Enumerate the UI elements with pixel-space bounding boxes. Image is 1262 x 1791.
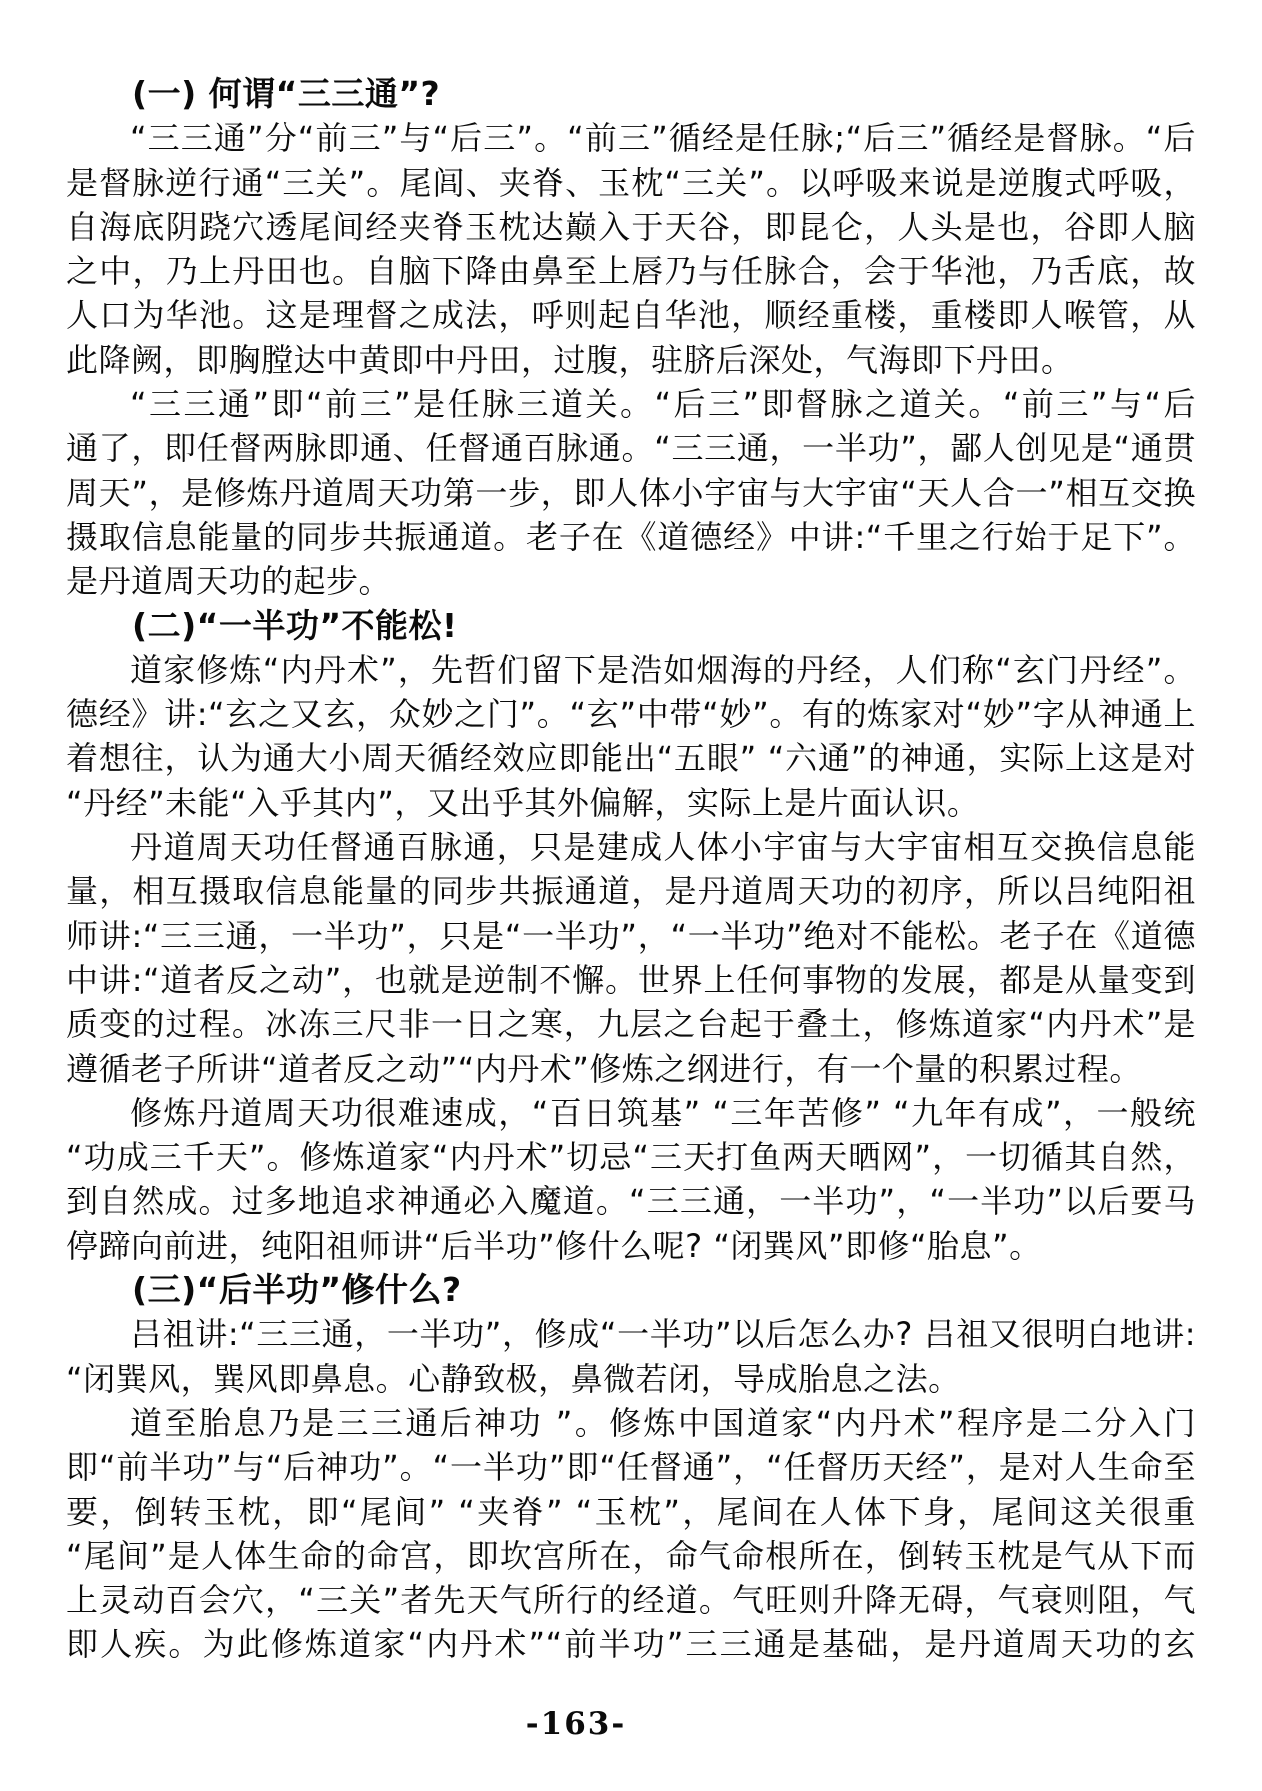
text-line: 吕祖讲:“三三通，一半功”，修成“一半功”以后怎么办? 吕祖又很明白地讲: [66, 1312, 1196, 1356]
section-heading: (一) 何谓“三三通”? [66, 72, 1196, 116]
text-line: 中讲:“道者反之动”，也就是逆制不懈。世界上任何事物的发展，都是从量变到 [66, 958, 1196, 1002]
text-line: 人口为华池。这是理督之成法，呼则起自华池，顺经重楼，重楼即人喉管，从 [66, 293, 1196, 337]
page-number: -163- [0, 1706, 1152, 1742]
text-line: 通了，即任督两脉即通、任督通百脉通。“三三通，一半功”，鄙人创见是“通贯 [66, 426, 1196, 470]
text-line: 师讲:“三三通，一半功”，只是“一半功”，“一半功”绝对不能松。老子在《道德经》 [66, 914, 1196, 958]
text-line: 道家修炼“内丹术”，先哲们留下是浩如烟海的丹经，人们称“玄门丹经”。《道 [66, 648, 1196, 692]
text-line: 是丹道周天功的起步。 [66, 559, 1196, 603]
section-heading: (二)“一半功”不能松! [66, 604, 1196, 648]
page-content: (一) 何谓“三三通”?“三三通”分“前三”与“后三”。“前三”循经是任脉;“后… [66, 72, 1196, 1667]
text-line: 自海底阴跷穴透尾间经夹脊玉枕达巅入于天谷，即昆仑，人头是也，谷即人脑 [66, 205, 1196, 249]
text-line: 质变的过程。冰冻三尺非一日之寒，九层之台起于叠土，修炼道家“内丹术”是 [66, 1002, 1196, 1046]
text-line: “功成三千天”。修炼道家“内丹术”切忌“三天打鱼两天晒网”，一切循其自然，功 [66, 1135, 1196, 1179]
text-line: 上灵动百会穴，“三关”者先天气所行的经道。气旺则升降无碍，气衰则阻，气阻 [66, 1578, 1196, 1622]
text-line: 着想往，认为通大小周天循经效应即能出“五眼” “六通”的神通，实际上这是对 [66, 736, 1196, 780]
text-line: “三三通”即“前三”是任脉三道关。“后三”即督脉之道关。“前三”与“后三”都 [66, 382, 1196, 426]
text-line: 周天”，是修炼丹道周天功第一步，即人体小宇宙与大宇宙“天人合一”相互交换 [66, 471, 1196, 515]
text-line: “丹经”未能“入乎其内”，又出乎其外偏解，实际上是片面认识。 [66, 781, 1196, 825]
text-line: 之中，乃上丹田也。自脑下降由鼻至上唇乃与任脉合，会于华池，乃舌底，故 [66, 249, 1196, 293]
text-line: 停蹄向前进，纯阳祖师讲“后半功”修什么呢? “闭巽风”即修“胎息”。 [66, 1224, 1196, 1268]
text-line: 修炼丹道周天功很难速成，“百日筑基” “三年苦修” “九年有成”，一般统称 [66, 1091, 1196, 1135]
text-line: “闭巽风，巽风即鼻息。心静致极，鼻微若闭，导成胎息之法。 [66, 1357, 1196, 1401]
text-line: “尾间”是人体生命的命宫，即坎宫所在，命气命根所在，倒转玉枕是气从下而 [66, 1534, 1196, 1578]
text-line: 要，倒转玉枕，即“尾间” “夹脊” “玉枕”，尾间在人体下身，尾间这关很重要， [66, 1490, 1196, 1534]
text-line: 此降阙，即胸膛达中黄即中丹田，过腹，驻脐后深处，气海即下丹田。 [66, 338, 1196, 382]
text-line: 道至胎息乃是三三通后神功 ”。修炼中国道家“内丹术”程序是二分入门法， [66, 1401, 1196, 1445]
text-line: 遵循老子所讲“道者反之动”“内丹术”修炼之纲进行，有一个量的积累过程。 [66, 1047, 1196, 1091]
text-line: 德经》讲:“玄之又玄，众妙之门”。“玄”中带“妙”。有的炼家对“妙”字从神通上执 [66, 692, 1196, 736]
text-line: 到自然成。过多地追求神通必入魔道。“三三通，一半功”，“一半功”以后要马不 [66, 1179, 1196, 1223]
text-line: “三三通”分“前三”与“后三”。“前三”循经是任脉;“后三”循经是督脉。“后三” [66, 116, 1196, 160]
scanned-book-page: { "page": { "background": "#ffffff", "te… [0, 0, 1262, 1791]
text-line: 是督脉逆行通“三关”。尾闾、夹脊、玉枕“三关”。以呼吸来说是逆腹式呼吸，吸 [66, 161, 1196, 205]
section-heading: (三)“后半功”修什么? [66, 1268, 1196, 1312]
text-line: 摄取信息能量的同步共振通道。老子在《道德经》中讲:“千里之行始于足下”。 [66, 515, 1196, 559]
text-line: 量，相互摄取信息能量的同步共振通道，是丹道周天功的初序，所以吕纯阳祖 [66, 869, 1196, 913]
text-line: 即“前半功”与“后神功”。“一半功”即“任督通”，“任督历天经”，是对人生命至关… [66, 1445, 1196, 1489]
text-line: 即人疾。为此修炼道家“内丹术”“前半功”三三通是基础，是丹道周天功的玄机。 [66, 1622, 1196, 1666]
text-line: 丹道周天功任督通百脉通，只是建成人体小宇宙与大宇宙相互交换信息能 [66, 825, 1196, 869]
